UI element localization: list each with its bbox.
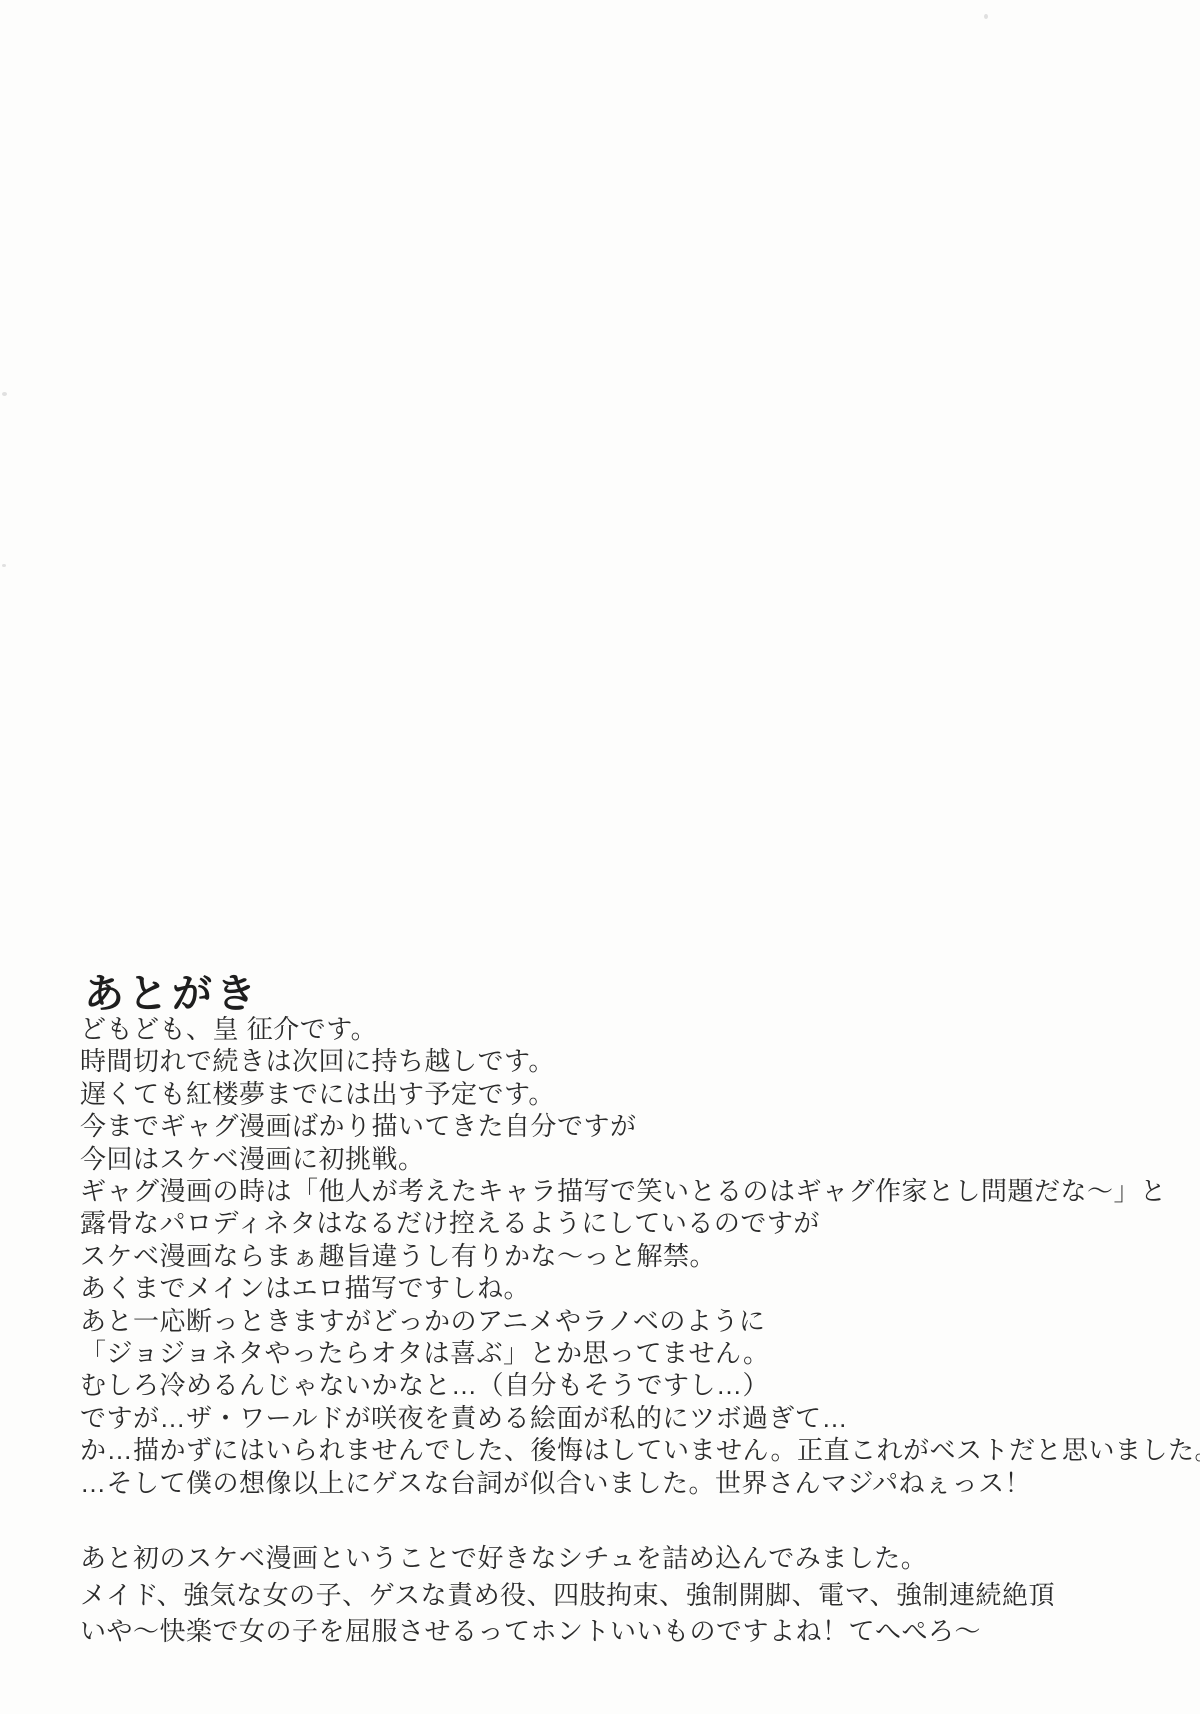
text-line: むしろ冷めるんじゃないかなと…（自分もそうですし…）	[80, 1369, 1180, 1401]
text-line: メイド、強気な女の子、ゲスな責め役、四肢拘束、強制開脚、電マ、強制連続絶頂	[80, 1577, 1180, 1614]
text-line: ですが…ザ・ワールドが咲夜を責める絵面が私的にツボ過ぎて…	[80, 1402, 1180, 1434]
text-line: 遅くても紅楼夢までには出す予定です。	[80, 1078, 1180, 1110]
dust-speck	[2, 564, 6, 567]
text-line: どもども、皇 征介です。	[80, 1013, 1180, 1045]
text-line: 露骨なパロディネタはなるだけ控えるようにしているのですが	[80, 1207, 1180, 1239]
text-line: か…描かずにはいられませんでした、後悔はしていません。正直これがベストだと思いま…	[80, 1434, 1180, 1466]
text-line: 今までギャグ漫画ばかり描いてきた自分ですが	[80, 1110, 1180, 1142]
afterword-heading: あとがき	[84, 962, 260, 1019]
text-line: あと一応断っときますがどっかのアニメやラノベのように	[80, 1305, 1180, 1337]
afterword-intro-paragraph: どもども、皇 征介です。時間切れで続きは次回に持ち越しです。遅くても紅楼夢までに…	[80, 1013, 1180, 1499]
text-line: …そして僕の想像以上にゲスな台詞が似合いました。世界さんマジパねぇっス！	[80, 1467, 1180, 1499]
text-line: いや～快楽で女の子を屈服させるってホントいいものですよね！てへぺろ～	[80, 1613, 1180, 1650]
dust-speck	[2, 392, 7, 396]
text-line: あと初のスケベ漫画ということで好きなシチュを詰め込んでみました。	[80, 1540, 1180, 1577]
text-line: 時間切れで続きは次回に持ち越しです。	[80, 1045, 1180, 1077]
text-line: 「ジョジョネタやったらオタは喜ぶ」とか思ってません。	[80, 1337, 1180, 1369]
afterword-closing-paragraph: あと初のスケベ漫画ということで好きなシチュを詰め込んでみました。メイド、強気な女…	[80, 1540, 1180, 1650]
text-line: スケベ漫画ならまぁ趣旨違うし有りかな～っと解禁。	[80, 1240, 1180, 1272]
text-line: あくまでメインはエロ描写ですしね。	[80, 1272, 1180, 1304]
scanned-afterword-page: あとがき どもども、皇 征介です。時間切れで続きは次回に持ち越しです。遅くても紅…	[0, 0, 1200, 1714]
text-line: ギャグ漫画の時は「他人が考えたキャラ描写で笑いとるのはギャグ作家とし問題だな～」…	[80, 1175, 1180, 1207]
text-line: 今回はスケベ漫画に初挑戦。	[80, 1143, 1180, 1175]
dust-speck	[984, 14, 988, 19]
